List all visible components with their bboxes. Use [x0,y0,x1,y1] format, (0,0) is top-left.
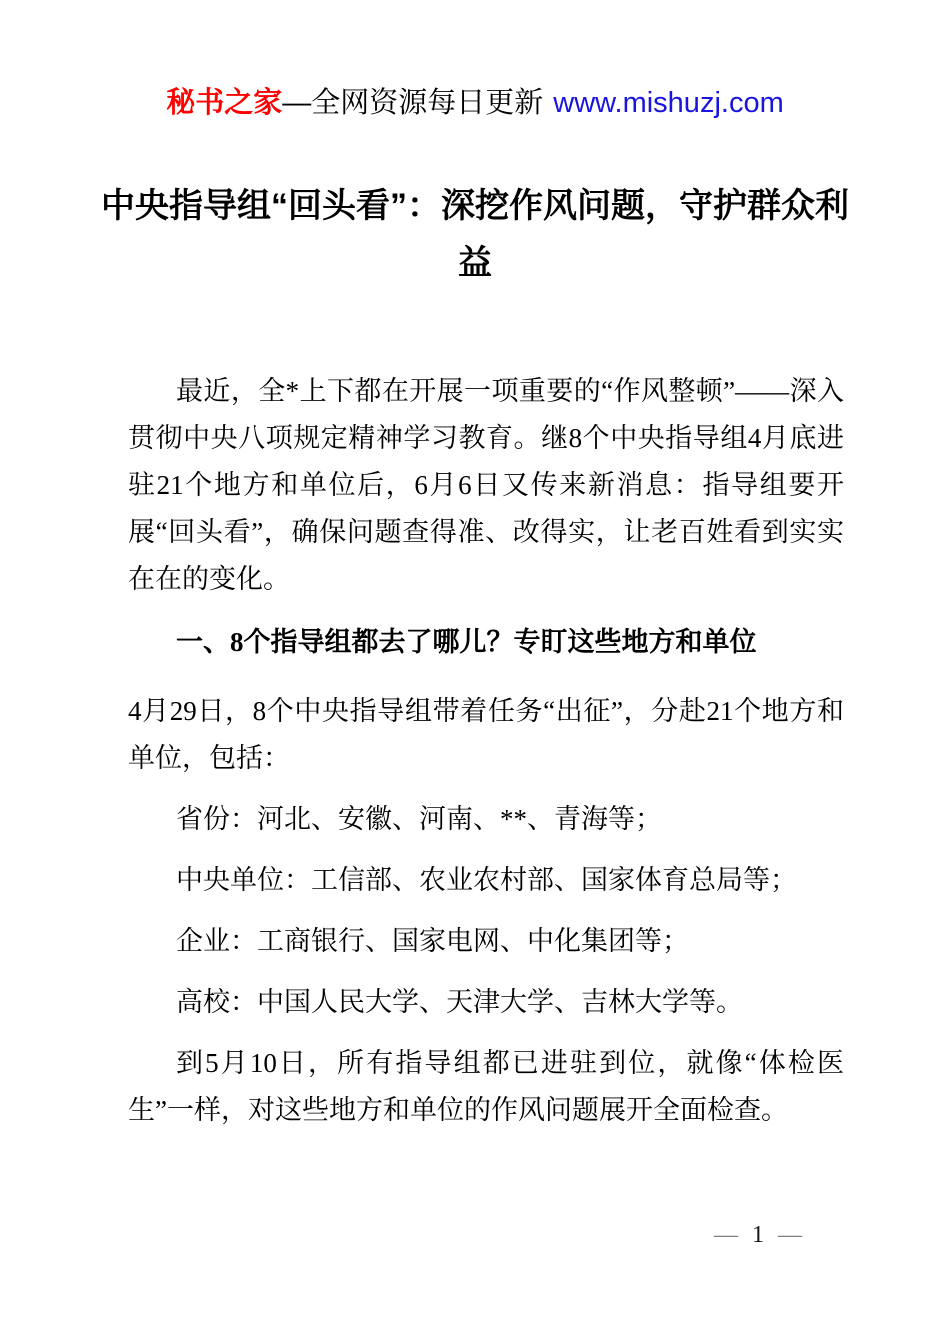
page-number: 1 [752,1222,764,1248]
page-footer: —1— [714,1220,802,1250]
doc-header: 秘书之家—全网资源每日更新www.mishuzj.com [0,84,950,122]
site-tagline-text: —全网资源每日更新 [282,87,543,119]
paragraph-conclusion: 到5月10日，所有指导组都已进驻到位，就像“体检医生”一样，对这些地方和单位的作… [128,1040,844,1134]
document-title: 中央指导组“回头看”：深挖作风问题，守护群众利益 [95,178,855,292]
site-url-link[interactable]: www.mishuzj.com [553,87,783,119]
document-body: 最近，全*上下都在开展一项重要的“作风整顿”——深入贯彻中央八项规定精神学习教育… [128,368,844,1148]
footer-dash-right: — [778,1222,802,1248]
document-page: 秘书之家—全网资源每日更新www.mishuzj.com 中央指导组“回头看”：… [0,0,950,1344]
list-item-provinces: 省份：河北、安徽、河南、**、青海等； [128,796,844,843]
list-item-universities: 高校：中国人民大学、天津大学、吉林大学等。 [128,979,844,1026]
footer-dash-left: — [714,1222,738,1248]
list-item-central-units: 中央单位：工信部、农业农村部、国家体育总局等； [128,857,844,904]
section-heading: 一、8个指导组都去了哪儿？专盯这些地方和单位 [128,619,844,666]
list-item-enterprises: 企业：工商银行、国家电网、中化集团等； [128,918,844,965]
paragraph-intro: 最近，全*上下都在开展一项重要的“作风整顿”——深入贯彻中央八项规定精神学习教育… [128,368,844,603]
site-brand-text: 秘书之家 [166,87,282,119]
paragraph-dispatch: 4月29日，8个中央指导组带着任务“出征”，分赴21个地方和单位，包括： [128,688,844,782]
